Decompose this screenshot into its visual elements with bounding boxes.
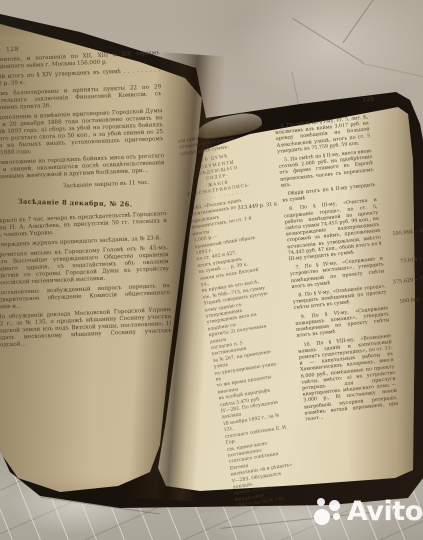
avito-watermark: Avito bbox=[314, 496, 423, 528]
right-page-number: 129 bbox=[362, 96, 375, 103]
wall-crack bbox=[292, 18, 364, 63]
paragraph: Въ дополненіе и измѣненіе приговоровъ Го… bbox=[0, 108, 164, 158]
right-page-column-2: 4. По смѣтѣ по § I-му, ст. 5, лит. Б, ис… bbox=[274, 115, 399, 426]
avito-watermark-text: Avito bbox=[347, 496, 423, 528]
budget-item: 6. По § III-му, «Очистка и содержаніе го… bbox=[283, 198, 382, 263]
paragraph: б) уничтоженіе на городскихъ бойняхъ мяс… bbox=[0, 153, 165, 182]
session-closing-line: Засѣданіе закрыто въ 11 час. bbox=[0, 179, 165, 194]
right-page-text: 129 нія предложеннаго по отчисленіи и пе… bbox=[195, 90, 423, 484]
left-page-number: 128 bbox=[6, 46, 19, 54]
paragraph: По обсужденіи доклада Московской Городск… bbox=[0, 307, 172, 350]
session-heading: Засѣданіе 8 декабря, № 26. bbox=[0, 198, 166, 210]
left-page-text: процентовъ, и погашенія по XII, XIII и X… bbox=[0, 50, 172, 353]
wall-crack bbox=[361, 63, 423, 79]
wall-crack bbox=[342, 0, 377, 43]
paragraph: Прочитано письмо къ Городскому Головѣ от… bbox=[0, 245, 170, 288]
budget-item: 10. По § VIII-му, «Возведеніе новыхъ зда… bbox=[297, 334, 399, 424]
book-photo: 128 процентовъ, и погашенія по XII, XIII… bbox=[0, 0, 423, 540]
column-caps-heading: ВЪ ДУМѢ ДОКУМЕНТЫ СЛѢДУЮЩАГО СОДЕР- ЖАНІ… bbox=[181, 150, 253, 205]
avito-logo-icon bbox=[314, 496, 344, 528]
